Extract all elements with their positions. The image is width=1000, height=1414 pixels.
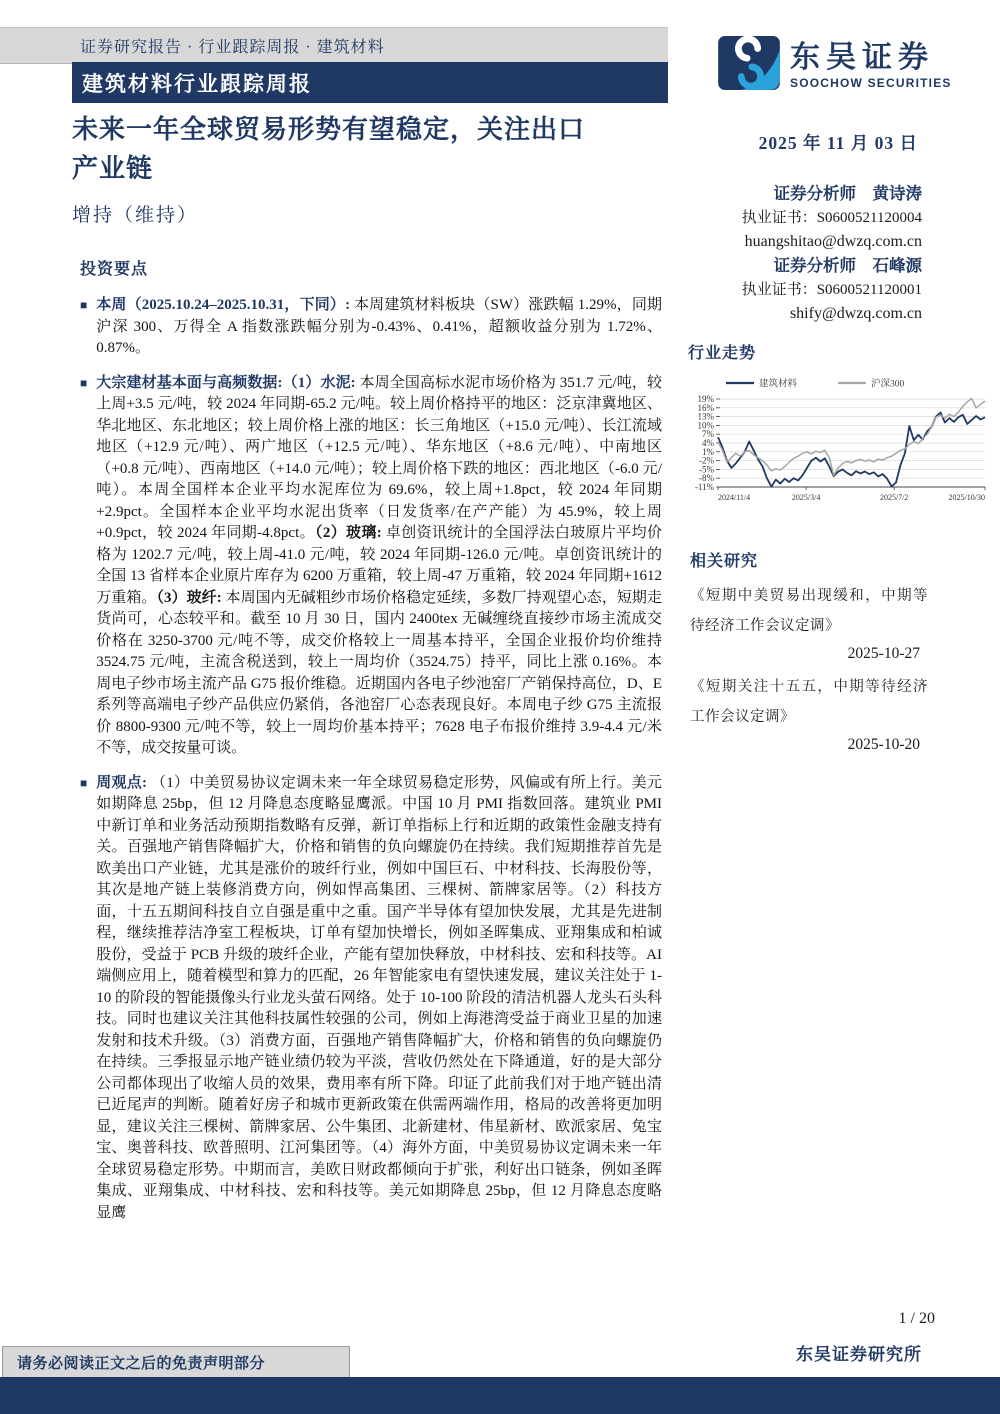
page-title: 未来一年全球贸易形势有望稳定，关注出口 产业链 [72, 110, 668, 188]
research-item: 《短期关注十五五，中期等待经济工作会议定调》 2025-10-20 [690, 672, 928, 754]
report-date: 2025 年 11 月 03 日 [702, 130, 922, 155]
meta-column: 2025 年 11 月 03 日 证券分析师 黄诗涛 执业证书：S0600521… [702, 130, 922, 326]
analyst-role-name: 证券分析师 黄诗涛 [702, 182, 922, 206]
svg-text:-8%: -8% [699, 473, 714, 483]
bullet-week-review: ■ 本周（2025.10.24–2025.10.31，下同）: 本周建筑材料板块… [80, 295, 662, 360]
report-type-label: 建筑材料行业跟踪周报 [82, 68, 312, 98]
research-item-date: 2025-10-27 [690, 645, 928, 663]
svg-text:-11%: -11% [695, 482, 715, 492]
soochow-logo: 东吴证券 SOOCHOW SECURITIES [718, 36, 952, 95]
page-title-line1: 未来一年全球贸易形势有望稳定，关注出口 [72, 110, 668, 149]
industry-trend-chart: -11%-8%-5%-2%1%4%7%10%13%16%19%2024/11/4… [688, 375, 990, 517]
svg-text:10%: 10% [698, 420, 715, 430]
footer-org: 东吴证券研究所 [796, 1340, 922, 1365]
analyst-role-name: 证券分析师 石峰源 [702, 254, 922, 278]
industry-trend-section: 行业走势 -11%-8%-5%-2%1%4%7%10%13%16%19%2024… [688, 340, 990, 517]
svg-text:-5%: -5% [699, 464, 714, 474]
page-title-line2: 产业链 [72, 149, 668, 188]
svg-text:沪深300: 沪深300 [871, 378, 905, 390]
svg-text:16%: 16% [698, 403, 715, 413]
soochow-logo-icon [718, 36, 780, 95]
kicker-band: 证券研究报告 · 行业跟踪周报 · 建筑材料 [0, 27, 668, 64]
bullet-square-icon: ■ [80, 373, 87, 760]
bullet-square-icon: ■ [80, 295, 87, 360]
research-item: 《短期中美贸易出现缓和，中期等待经济工作会议定调》 2025-10-27 [690, 581, 928, 663]
svg-text:13%: 13% [698, 412, 715, 422]
rating-badge: 增持（维持） [72, 200, 198, 227]
bullet-weekly-view: ■ 周观点: （1）中美贸易协议定调未来一年全球贸易稳定形势，风偏或有所上行。美… [80, 773, 662, 1225]
bullet-week-review-text: 本周（2025.10.24–2025.10.31，下同）: 本周建筑材料板块（S… [96, 295, 662, 360]
bullet-fundamentals-text: 大宗建材基本面与高频数据:（1）水泥: 本周全国高标水泥市场价格为 351.7 … [96, 373, 662, 760]
analyst-email: huangshitao@dwzq.com.cn [702, 230, 922, 254]
highlights-column: 投资要点 ■ 本周（2025.10.24–2025.10.31，下同）: 本周建… [80, 256, 662, 1237]
svg-text:建筑材料: 建筑材料 [759, 378, 798, 390]
svg-text:1%: 1% [702, 447, 715, 457]
research-item-title: 《短期关注十五五，中期等待经济工作会议定调》 [690, 672, 928, 732]
svg-text:2025/7/2: 2025/7/2 [880, 493, 908, 502]
svg-text:-2%: -2% [699, 456, 714, 466]
report-page: 证券研究报告 · 行业跟踪周报 · 建筑材料 建筑材料行业跟踪周报 东吴证券 S… [0, 0, 1000, 1414]
svg-text:2025/3/4: 2025/3/4 [792, 493, 820, 502]
bullet-fundamentals: ■ 大宗建材基本面与高频数据:（1）水泥: 本周全国高标水泥市场价格为 351.… [80, 373, 662, 760]
related-research-heading: 相关研究 [690, 548, 928, 571]
soochow-logo-text: 东吴证券 SOOCHOW SECURITIES [790, 41, 952, 91]
analyst-block-2: 证券分析师 石峰源 执业证书：S0600521120001 shify@dwzq… [702, 254, 922, 326]
bullet-square-icon: ■ [80, 773, 87, 1225]
industry-trend-heading: 行业走势 [688, 340, 990, 363]
highlights-heading: 投资要点 [80, 256, 662, 279]
bullet-weekly-view-text: 周观点: （1）中美贸易协议定调未来一年全球贸易稳定形势，风偏或有所上行。美元如… [96, 773, 662, 1225]
research-item-title: 《短期中美贸易出现缓和，中期等待经济工作会议定调》 [690, 581, 928, 641]
analyst-block-1: 证券分析师 黄诗涛 执业证书：S0600521120004 huangshita… [702, 182, 922, 254]
footer-navy-bar [0, 1377, 1000, 1414]
disclaimer-text: 请务必阅读正文之后的免责声明部分 [17, 1352, 265, 1373]
svg-text:2025/10/30: 2025/10/30 [949, 493, 985, 502]
research-item-date: 2025-10-20 [690, 736, 928, 754]
report-type-bar: 建筑材料行业跟踪周报 [72, 62, 668, 103]
kicker-text: 证券研究报告 · 行业跟踪周报 · 建筑材料 [80, 34, 385, 57]
related-research-section: 相关研究 《短期中美贸易出现缓和，中期等待经济工作会议定调》 2025-10-2… [690, 548, 928, 763]
disclaimer-box: 请务必阅读正文之后的免责声明部分 [2, 1346, 350, 1378]
svg-text:4%: 4% [702, 438, 715, 448]
logo-en: SOOCHOW SECURITIES [790, 75, 952, 91]
analyst-license: 执业证书：S0600521120001 [702, 278, 922, 302]
analyst-license: 执业证书：S0600521120004 [702, 206, 922, 230]
svg-text:19%: 19% [698, 394, 715, 404]
svg-text:7%: 7% [702, 429, 715, 439]
svg-text:2024/11/4: 2024/11/4 [718, 493, 750, 502]
page-number: 1 / 20 [899, 1310, 935, 1328]
analyst-email: shify@dwzq.com.cn [702, 302, 922, 326]
logo-cn: 东吴证券 [790, 41, 952, 75]
